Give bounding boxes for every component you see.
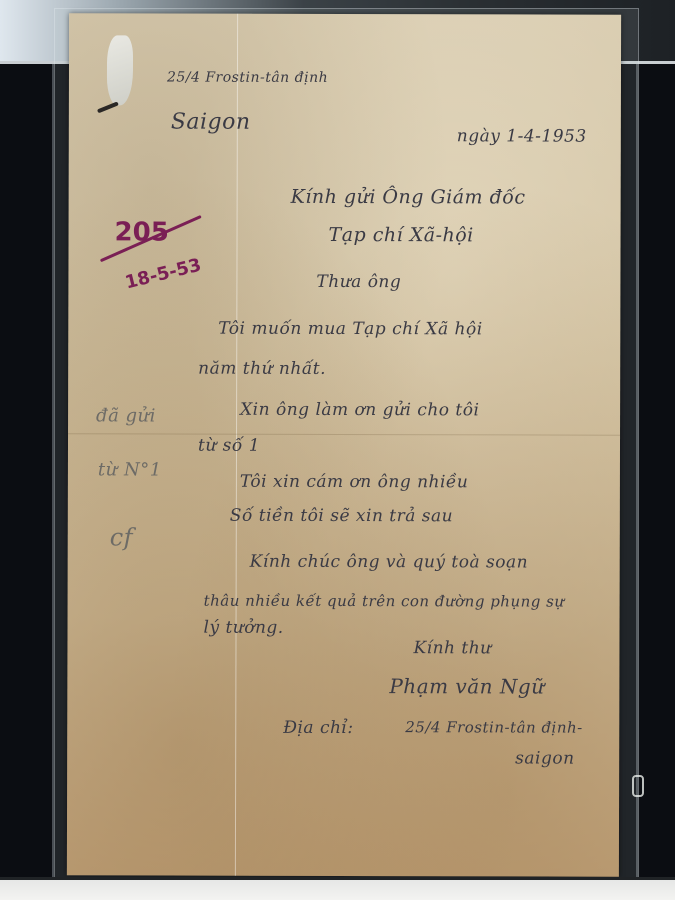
display-shelf <box>0 880 675 900</box>
body-line-5: Tôi xin cám ơn ông nhiều <box>240 472 469 493</box>
body-line-8: thâu nhiều kết quả trên con đường phụng … <box>204 592 565 611</box>
address-line-1: 25/4 Frostin-tân định- <box>405 718 583 736</box>
greeting: Thưa ông <box>316 272 401 292</box>
pencil-note-line-3: cf <box>110 523 133 551</box>
body-line-7: Kính chúc ông và quý toà soạn <box>250 552 528 573</box>
body-line-9: lý tưởng. <box>203 618 283 638</box>
fold-crease-horizontal <box>68 433 620 435</box>
pencil-note-line-1: đã gửi <box>96 405 156 426</box>
registration-date: 18-5-53 <box>123 255 203 294</box>
salutation-line-2: Tạp chí Xã-hội <box>329 224 474 246</box>
body-line-2: năm thứ nhất. <box>198 359 326 379</box>
signature: Phạm văn Ngữ <box>389 674 544 698</box>
letter-date: ngày 1-4-1953 <box>457 126 587 146</box>
ink-mark <box>97 101 119 113</box>
sleeve-clip-icon <box>632 775 644 797</box>
paper-tear <box>107 35 133 105</box>
letter-paper: 25/4 Frostin-tân định Saigon ngày 1-4-19… <box>67 13 621 876</box>
pencil-note-line-2: từ N°1 <box>98 459 162 480</box>
body-line-6: Số tiền tôi sẽ xin trả sau <box>230 506 453 527</box>
body-line-4: từ số 1 <box>198 436 260 456</box>
address-line-2: saigon <box>515 748 574 768</box>
body-line-1: Tôi muốn mua Tạp chí Xã hội <box>218 319 482 340</box>
sender-city: Saigon <box>171 110 251 135</box>
salutation-line-1: Kính gửi Ông Giám đốc <box>291 186 526 209</box>
body-line-3: Xin ông làm ơn gửi cho tôi <box>240 400 479 421</box>
address-label: Địa chỉ: <box>283 718 353 738</box>
closing: Kính thư <box>413 638 491 658</box>
sender-address-header: 25/4 Frostin-tân định <box>167 70 328 86</box>
